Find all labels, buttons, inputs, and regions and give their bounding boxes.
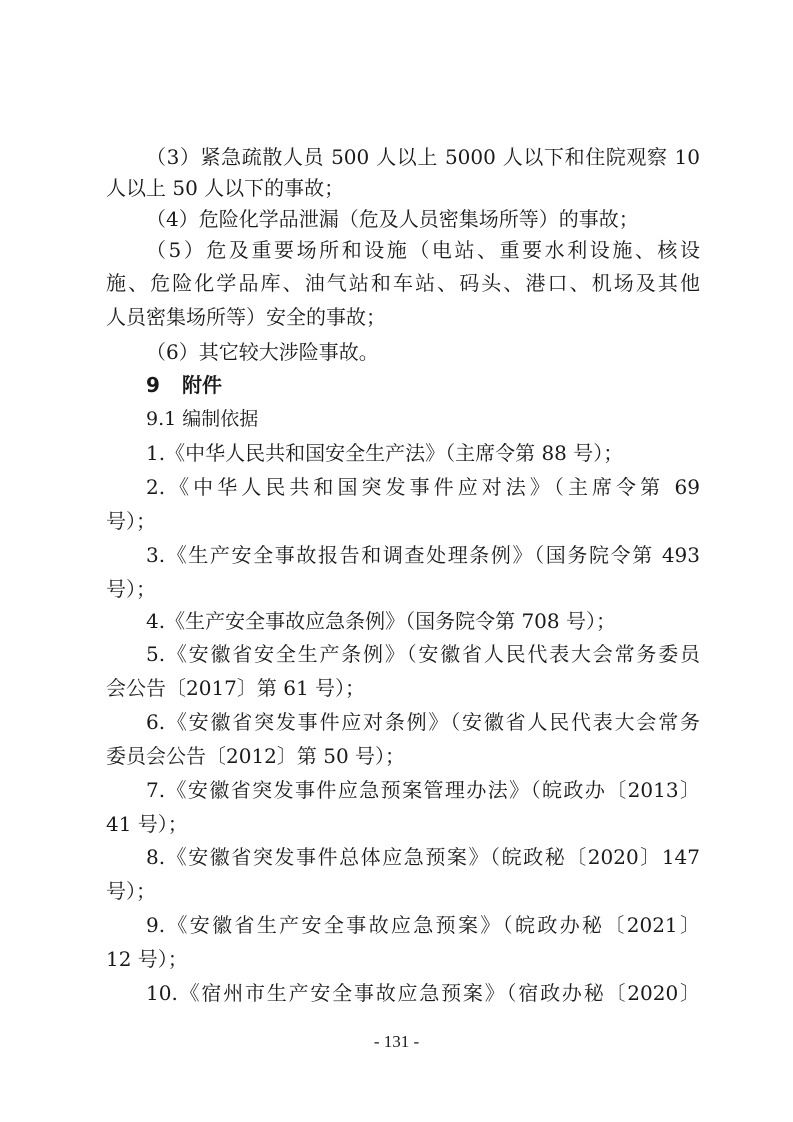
reference-line: 9.《安徽省生产安全事故应急预案》（皖政办秘〔2021〕	[146, 908, 700, 942]
section-number: 9	[146, 368, 182, 402]
reference-line: 号）；	[106, 572, 700, 606]
paragraph-line: 施、危险化学品库、油气站和车站、码头、港口、机场及其他	[106, 266, 700, 300]
reference-line: 7.《安徽省突发事件应急预案管理办法》（皖政办〔2013〕	[146, 773, 700, 807]
paragraph-line: 人以上 50 人以下的事故；	[106, 171, 700, 205]
reference-line: 号）；	[106, 504, 700, 538]
page-number: - 131 -	[0, 1032, 793, 1052]
paragraph-line: （3）紧急疏散人员 500 人以上 5000 人以下和住院观察 10	[146, 140, 700, 174]
reference-line: 6.《安徽省突发事件应对条例》（安徽省人民代表大会常务	[146, 705, 700, 739]
reference-line: 5.《安徽省安全生产条例》（安徽省人民代表大会常务委员	[146, 637, 700, 671]
subsection-heading: 9.1 编制依据	[146, 402, 258, 436]
subsection-number: 9.1	[146, 408, 176, 430]
reference-line: 8.《安徽省突发事件总体应急预案》（皖政秘〔2020〕147	[146, 840, 700, 874]
reference-line: 4.《生产安全事故应急条例》（国务院令第 708 号）；	[146, 604, 700, 638]
reference-line: 3.《生产安全事故报告和调查处理条例》（国务院令第 493	[146, 538, 700, 572]
reference-line: 1.《中华人民共和国安全生产法》（主席令第 88 号）；	[146, 436, 700, 470]
section-heading: 9附件	[146, 368, 222, 402]
paragraph-line: （6）其它较大涉险事故。	[146, 335, 700, 369]
reference-line: 2.《中华人民共和国突发事件应对法》（主席令第 69	[146, 470, 700, 504]
reference-line: 10.《宿州市生产安全事故应急预案》（宿政办秘〔2020〕	[146, 976, 700, 1010]
section-title: 附件	[182, 373, 222, 397]
reference-line: 号）；	[106, 874, 700, 908]
paragraph-line: （5）危及重要场所和设施（电站、重要水利设施、核设	[146, 233, 700, 267]
subsection-title: 编制依据	[182, 408, 258, 430]
paragraph-line: （4）危险化学品泄漏（危及人员密集场所等）的事故；	[146, 202, 700, 236]
reference-line: 委员会公告〔2012〕第 50 号）；	[106, 739, 700, 773]
reference-line: 会公告〔2017〕第 61 号）；	[106, 671, 700, 705]
reference-line: 12 号）；	[106, 942, 700, 976]
paragraph-line: 人员密集场所等）安全的事故；	[106, 300, 700, 334]
reference-line: 41 号）；	[106, 807, 700, 841]
